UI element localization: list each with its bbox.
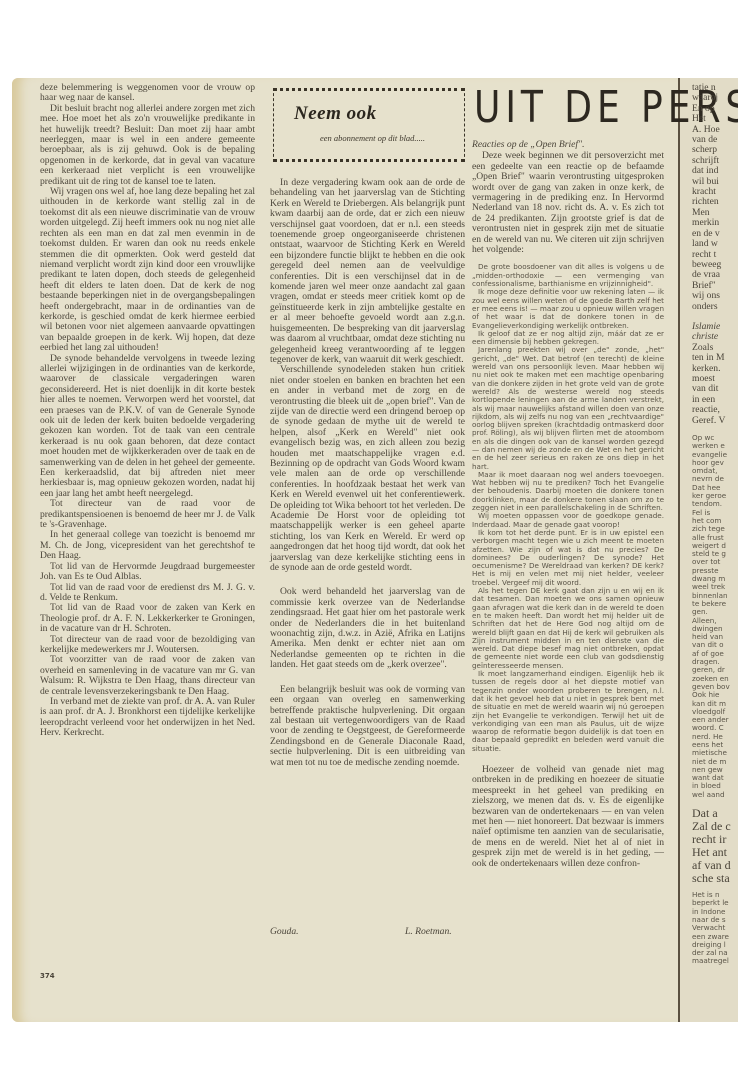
paragraph: In deze vergadering kwam ook aan de orde… <box>270 178 465 365</box>
paragraph: Een belangrijk besluit was ook de vormin… <box>270 685 465 768</box>
quote-paragraph: Ik kom tot het derde punt. Er is in uw e… <box>472 529 664 587</box>
paragraph: deze belemmering is weggenomen voor de v… <box>40 83 255 104</box>
paragraph: Verschillende synodeleden staken hun cri… <box>270 365 465 573</box>
fragment-line: sche sta <box>692 872 738 885</box>
paragraph: Tot lid van de Hervormde Jeugdraad burge… <box>40 562 255 583</box>
quote-paragraph: Ik moet langzamerhand eindigen. Eigenlij… <box>472 670 664 753</box>
paragraph: Tot lid van de raad voor de eredienst dr… <box>40 583 255 604</box>
paragraph: De synode behandelde vervolgens in tweed… <box>40 354 255 500</box>
article-intro: Deze week beginnen we dit persoverzicht … <box>472 151 664 255</box>
quote-paragraph: Als het tegen DE kerk gaat dan zijn u en… <box>472 587 664 670</box>
quote-paragraph: Maar ik moet daaraan nog wel anders toev… <box>472 471 664 512</box>
fragment-line: ten in M <box>692 353 738 363</box>
section-gap <box>270 671 465 685</box>
advert-title: Neem ook <box>294 103 377 125</box>
fragment-lines: tatie nwaarojEn op HetA. Hoevan descherp… <box>692 83 738 312</box>
article-subhead: Reacties op de „Open Brief". <box>472 140 664 150</box>
paragraph: Tot directeur van de raad voor de bezold… <box>40 635 255 656</box>
paragraph: In het generaal college van toezicht is … <box>40 530 255 561</box>
next-page-column-fragment: tatie nwaarojEn op HetA. Hoevan descherp… <box>692 83 738 966</box>
paragraph: Tot directeur van de raad voor de predik… <box>40 499 255 530</box>
column-3: Reacties op de „Open Brief". Deze week b… <box>472 140 664 869</box>
fragment-line: maatregel <box>692 957 738 965</box>
quote-paragraph: Ik moge deze definitie voor uw rekening … <box>472 288 664 329</box>
section-gap <box>270 573 465 587</box>
fragment-small-lines: Op wcwerken eevangeliehoor gevomdat,nevr… <box>692 434 738 799</box>
quoted-letter: De grote boosdoener van dit alles is vol… <box>472 263 664 753</box>
article-closing: Hoezeer de volheid van genade niet mag o… <box>472 765 664 869</box>
column-2: In deze vergadering kwam ook aan de orde… <box>270 178 465 768</box>
paragraph: Ook werd behandeld het jaarverslag van d… <box>270 587 465 670</box>
fragment-line: land w <box>692 239 738 249</box>
fragment-large-lines: Dat aZal de crecht irHet antaf van dsche… <box>692 807 738 885</box>
fragment-subhead: Islamiechriste <box>692 322 738 343</box>
quote-paragraph: Jarenlang preekten wij over „de" zonde, … <box>472 346 664 470</box>
fragment-line: Geref. V <box>692 416 738 426</box>
page-number: 374 <box>40 972 55 980</box>
paragraph: Dit besluit bracht nog allerlei andere z… <box>40 104 255 187</box>
paragraph: Tot lid van de Raad voor de zaken van Ke… <box>40 603 255 634</box>
signature-place: Gouda. <box>270 926 299 937</box>
signature-name: L. Roetman. <box>405 926 452 937</box>
subscription-advert-box: Neem ook een abonnement op dit blad..... <box>273 88 465 162</box>
fragment-line: onders <box>692 302 738 312</box>
advert-subtitle: een abonnement op dit blad..... <box>320 133 425 143</box>
fragment-line: wel aand <box>692 791 738 799</box>
paragraph: Tot voorzitter van de raad voor de zaken… <box>40 655 255 697</box>
section-headline: UIT DE PERS <box>474 84 630 132</box>
fragment-line: wij ons <box>692 291 738 301</box>
fragment-lines: Zoalsten in Mkerken.moestvan ditin eenre… <box>692 343 738 426</box>
fragment-small-lines: Het is nbeperkt lein Indonenaar de s Ver… <box>692 891 738 966</box>
paragraph: In verband met de ziekte van prof. dr A.… <box>40 697 255 739</box>
column-1: deze belemmering is weggenomen voor de v… <box>40 83 255 739</box>
quote-paragraph: De grote boosdoener van dit alles is vol… <box>472 263 664 288</box>
quote-paragraph: Wij moeten oppassen voor de goedkope gen… <box>472 512 664 529</box>
quote-paragraph: Ik geloof dat ze er nog altijd zijn, máá… <box>472 330 664 347</box>
paragraph: Wij vragen ons wel af, hoe lang deze bep… <box>40 187 255 354</box>
